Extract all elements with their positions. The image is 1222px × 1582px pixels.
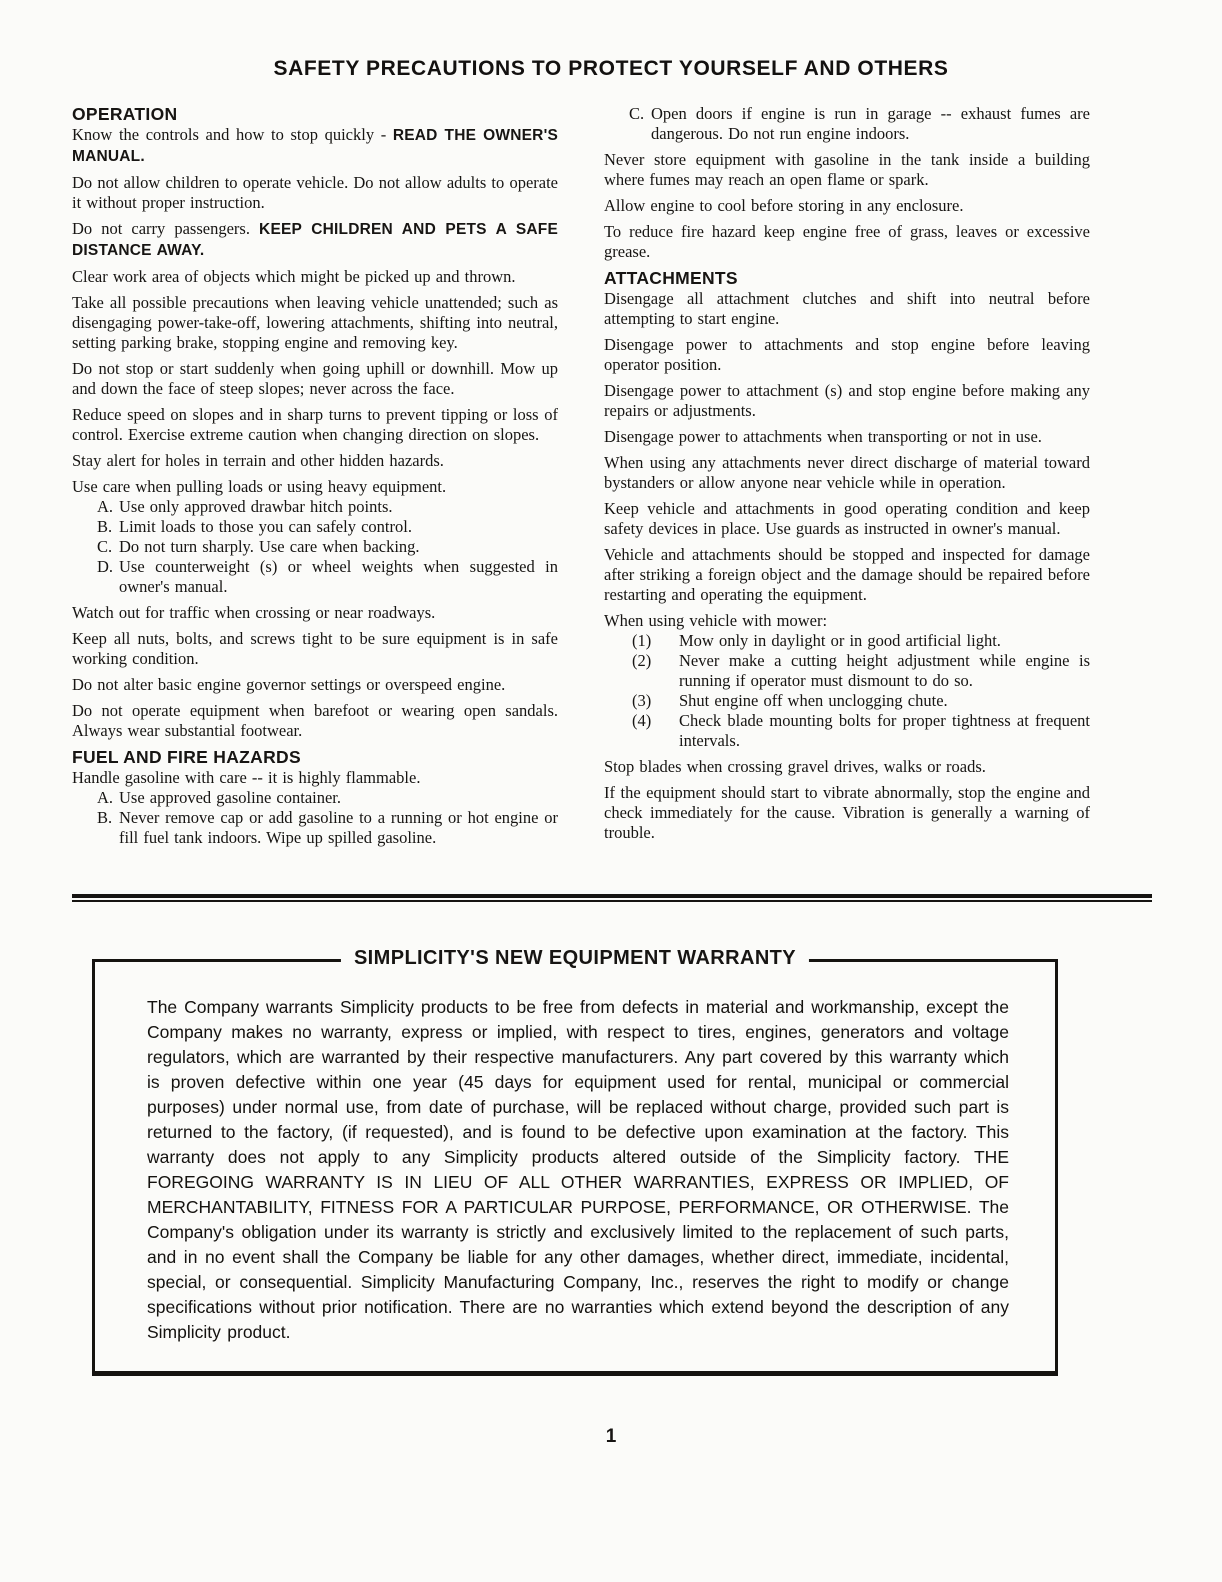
list-marker: A. xyxy=(97,788,119,808)
paragraph: Disengage all attachment clutches and sh… xyxy=(604,289,1090,329)
paragraph: Disengage power to attachments when tran… xyxy=(604,427,1090,447)
paragraph: Use care when pulling loads or using hea… xyxy=(72,477,558,497)
list-marker: A. xyxy=(97,497,119,517)
list-marker: C. xyxy=(629,104,651,144)
paragraph: Disengage power to attachment (s) and st… xyxy=(604,381,1090,421)
paragraph: Clear work area of objects which might b… xyxy=(72,267,558,287)
list-marker: B. xyxy=(97,517,119,537)
list-item-text: Never remove cap or add gasoline to a ru… xyxy=(119,808,558,848)
list-item-text: Limit loads to those you can safely cont… xyxy=(119,517,558,537)
paragraph: Do not operate equipment when barefoot o… xyxy=(72,701,558,741)
list-item-text: Use counterweight (s) or wheel weights w… xyxy=(119,557,558,597)
two-column-body: OPERATION Know the controls and how to s… xyxy=(72,104,1154,854)
paragraph: When using vehicle with mower: xyxy=(604,611,1090,631)
paragraph: Watch out for traffic when crossing or n… xyxy=(72,603,558,623)
numbered-list: (1) Mow only in daylight or in good arti… xyxy=(604,631,1090,751)
list-item: (1) Mow only in daylight or in good arti… xyxy=(604,631,1090,651)
list-item-text: Open doors if engine is run in garage --… xyxy=(651,104,1090,144)
list-marker: (3) xyxy=(632,691,679,711)
paragraph: Disengage power to attachments and stop … xyxy=(604,335,1090,375)
list-item: C. Open doors if engine is run in garage… xyxy=(604,104,1090,144)
list-item-text: Mow only in daylight or in good artifici… xyxy=(679,631,1090,651)
page-title: SAFETY PRECAUTIONS TO PROTECT YOURSELF A… xyxy=(0,0,1222,81)
section-heading-operation: OPERATION xyxy=(72,104,558,124)
list-item: C. Do not turn sharply. Use care when ba… xyxy=(72,537,558,557)
paragraph: Do not carry passengers. KEEP CHILDREN A… xyxy=(72,219,558,261)
list-item: A. Use approved gasoline container. xyxy=(72,788,558,808)
paragraph: Stop blades when crossing gravel drives,… xyxy=(604,757,1090,777)
list-item-text: Use approved gasoline container. xyxy=(119,788,558,808)
section-heading-attachments: ATTACHMENTS xyxy=(604,268,1090,288)
paragraph: Do not allow children to operate vehicle… xyxy=(72,173,558,213)
paragraph-text: Know the controls and how to stop quickl… xyxy=(72,125,393,144)
list-marker: (2) xyxy=(632,651,679,691)
section-divider-rule xyxy=(72,894,1152,902)
warranty-box: SIMPLICITY'S NEW EQUIPMENT WARRANTY The … xyxy=(92,959,1058,1376)
list-item-text: Check blade mounting bolts for proper ti… xyxy=(679,711,1090,751)
left-column: OPERATION Know the controls and how to s… xyxy=(72,104,558,854)
paragraph: Do not stop or start suddenly when going… xyxy=(72,359,558,399)
paragraph: To reduce fire hazard keep engine free o… xyxy=(604,222,1090,262)
document-page: SAFETY PRECAUTIONS TO PROTECT YOURSELF A… xyxy=(0,0,1222,1582)
list-marker: D. xyxy=(97,557,119,597)
section-heading-fuel: FUEL AND FIRE HAZARDS xyxy=(72,747,558,767)
paragraph: Allow engine to cool before storing in a… xyxy=(604,196,1090,216)
list-item-text: Never make a cutting height adjustment w… xyxy=(679,651,1090,691)
lettered-list: A. Use only approved drawbar hitch point… xyxy=(72,497,558,597)
paragraph: Handle gasoline with care -- it is highl… xyxy=(72,768,558,788)
list-item-text: Use only approved drawbar hitch points. xyxy=(119,497,558,517)
list-item: D. Use counterweight (s) or wheel weight… xyxy=(72,557,558,597)
paragraph: Never store equipment with gasoline in t… xyxy=(604,150,1090,190)
list-item-text: Do not turn sharply. Use care when backi… xyxy=(119,537,558,557)
list-marker: (4) xyxy=(632,711,679,751)
list-item: (3) Shut engine off when unclogging chut… xyxy=(604,691,1090,711)
paragraph: Keep all nuts, bolts, and screws tight t… xyxy=(72,629,558,669)
warranty-body-text: The Company warrants Simplicity products… xyxy=(147,995,1009,1345)
list-item-text: Shut engine off when unclogging chute. xyxy=(679,691,1090,711)
list-item: A. Use only approved drawbar hitch point… xyxy=(72,497,558,517)
page-number: 1 xyxy=(0,1426,1222,1448)
paragraph: Stay alert for holes in terrain and othe… xyxy=(72,451,558,471)
paragraph: Know the controls and how to stop quickl… xyxy=(72,125,558,167)
paragraph: Keep vehicle and attachments in good ope… xyxy=(604,499,1090,539)
warranty-title: SIMPLICITY'S NEW EQUIPMENT WARRANTY xyxy=(341,947,809,970)
list-item: B. Never remove cap or add gasoline to a… xyxy=(72,808,558,848)
paragraph: Take all possible precautions when leavi… xyxy=(72,293,558,353)
paragraph: When using any attachments never direct … xyxy=(604,453,1090,493)
paragraph: Vehicle and attachments should be stoppe… xyxy=(604,545,1090,605)
list-item: (4) Check blade mounting bolts for prope… xyxy=(604,711,1090,751)
paragraph: If the equipment should start to vibrate… xyxy=(604,783,1090,843)
paragraph: Do not alter basic engine governor setti… xyxy=(72,675,558,695)
lettered-list: A. Use approved gasoline container. B. N… xyxy=(72,788,558,848)
list-marker: (1) xyxy=(632,631,679,651)
list-item: (2) Never make a cutting height adjustme… xyxy=(604,651,1090,691)
list-item: B. Limit loads to those you can safely c… xyxy=(72,517,558,537)
list-marker: B. xyxy=(97,808,119,848)
paragraph-text: Do not carry passengers. xyxy=(72,219,259,238)
right-column: C. Open doors if engine is run in garage… xyxy=(604,104,1090,854)
list-marker: C. xyxy=(97,537,119,557)
paragraph: Reduce speed on slopes and in sharp turn… xyxy=(72,405,558,445)
